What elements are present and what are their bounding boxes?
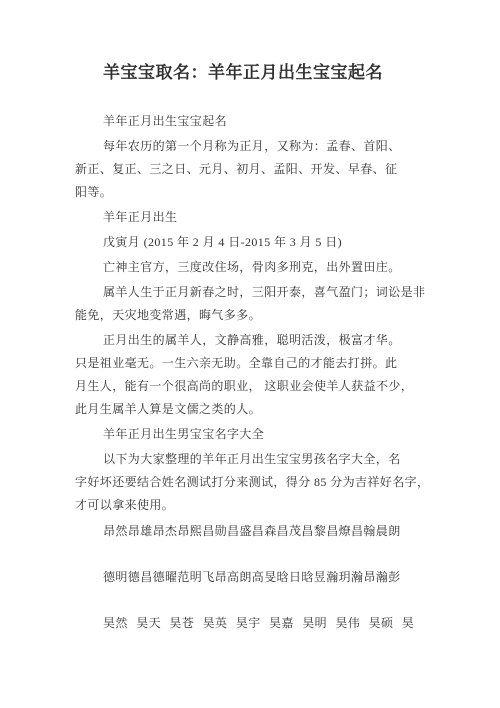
document-title: 羊宝宝取名：羊年正月出生宝宝起名 <box>103 60 445 85</box>
paragraph-line: 只是祖业毫无。一生六亲无助。全靠自己的才能去打拼。此 <box>75 352 423 375</box>
name-list-line: 昊然 昊天 昊苍 昊英 昊宇 昊嘉 昊明 昊伟 昊硕 昊 <box>75 612 423 635</box>
section-heading: 羊年正月出生 <box>75 206 423 229</box>
name-list-line: 德明德昌德曜范明飞昂高朗高旻晗日晗昱瀚玥瀚昂瀚彭 <box>75 566 423 589</box>
paragraph-line: 属羊人生于正月新春之时，三阳开泰，喜气盈门；词讼是非 <box>75 281 423 304</box>
name-list-row: 德明德昌德曜范明飞昂高朗高旻晗日晗昱瀚玥瀚昂瀚彭 <box>75 566 423 589</box>
paragraph-line: 每年农历的第一个月称为正月，又称为：孟春、首阳、 <box>75 135 423 158</box>
paragraph: 戊寅月 (2015 年 2 月 4 日-2015 年 3 月 5 日) <box>75 231 423 254</box>
heading-line: 羊年正月出生男宝宝名字大全 <box>75 423 423 446</box>
paragraph: 以下为大家整理的羊年正月出生宝宝男孩名字大全，名 字好坏还要结合姓名测试打分来测… <box>75 448 423 517</box>
name-list-row: 昊然 昊天 昊苍 昊英 昊宇 昊嘉 昊明 昊伟 昊硕 昊 <box>75 612 423 635</box>
paragraph-line: 此月生属羊人算是文儒之类的人。 <box>75 398 423 421</box>
paragraph: 每年农历的第一个月称为正月，又称为：孟春、首阳、 新正、复正、三之日、元月、初月… <box>75 135 423 204</box>
section-heading: 羊年正月出生宝宝起名 <box>75 110 423 133</box>
paragraph-line: 以下为大家整理的羊年正月出生宝宝男孩名字大全，名 <box>75 448 423 471</box>
paragraph: 正月出生的属羊人，文静高雅，聪明活泼，极富才华。 只是祖业毫无。一生六亲无助。全… <box>75 329 423 421</box>
section-heading: 羊年正月出生男宝宝名字大全 <box>75 423 423 446</box>
paragraph-line: 正月出生的属羊人，文静高雅，聪明活泼，极富才华。 <box>75 329 423 352</box>
heading-line: 羊年正月出生 <box>75 206 423 229</box>
paragraph-line: 新正、复正、三之日、元月、初月、孟阳、开发、早春、征 <box>75 158 423 181</box>
heading-line: 羊年正月出生宝宝起名 <box>75 110 423 133</box>
paragraph-line: 能免，天灾地变常遇，晦气多多。 <box>75 304 423 327</box>
date-range-line: 戊寅月 (2015 年 2 月 4 日-2015 年 3 月 5 日) <box>75 231 423 254</box>
paragraph-line: 亡神主官方，三度改住场，骨肉多刑克，出外置田庄。 <box>75 256 423 279</box>
paragraph: 属羊人生于正月新春之时，三阳开泰，喜气盈门；词讼是非 能免，天灾地变常遇，晦气多… <box>75 281 423 327</box>
paragraph-line: 才可以拿来使用。 <box>75 494 423 517</box>
name-list-line: 昂然昂雄昂杰昂熙昌勋昌盛昌森昌茂昌黎昌燎昌翰晨朗 <box>75 520 423 543</box>
document-page: 羊宝宝取名：羊年正月出生宝宝起名 羊年正月出生宝宝起名 每年农历的第一个月称为正… <box>0 0 500 708</box>
paragraph-line: 字好坏还要结合姓名测试打分来测试，得分 85 分为吉祥好名字， <box>75 471 423 494</box>
paragraph-line: 月生人，能有一个很高尚的职业， 这职业会使羊人获益不少， <box>75 375 423 398</box>
paragraph-line: 阳等。 <box>75 181 423 204</box>
paragraph: 亡神主官方，三度改住场，骨肉多刑克，出外置田庄。 <box>75 256 423 279</box>
name-list-row: 昂然昂雄昂杰昂熙昌勋昌盛昌森昌茂昌黎昌燎昌翰晨朗 <box>75 520 423 543</box>
